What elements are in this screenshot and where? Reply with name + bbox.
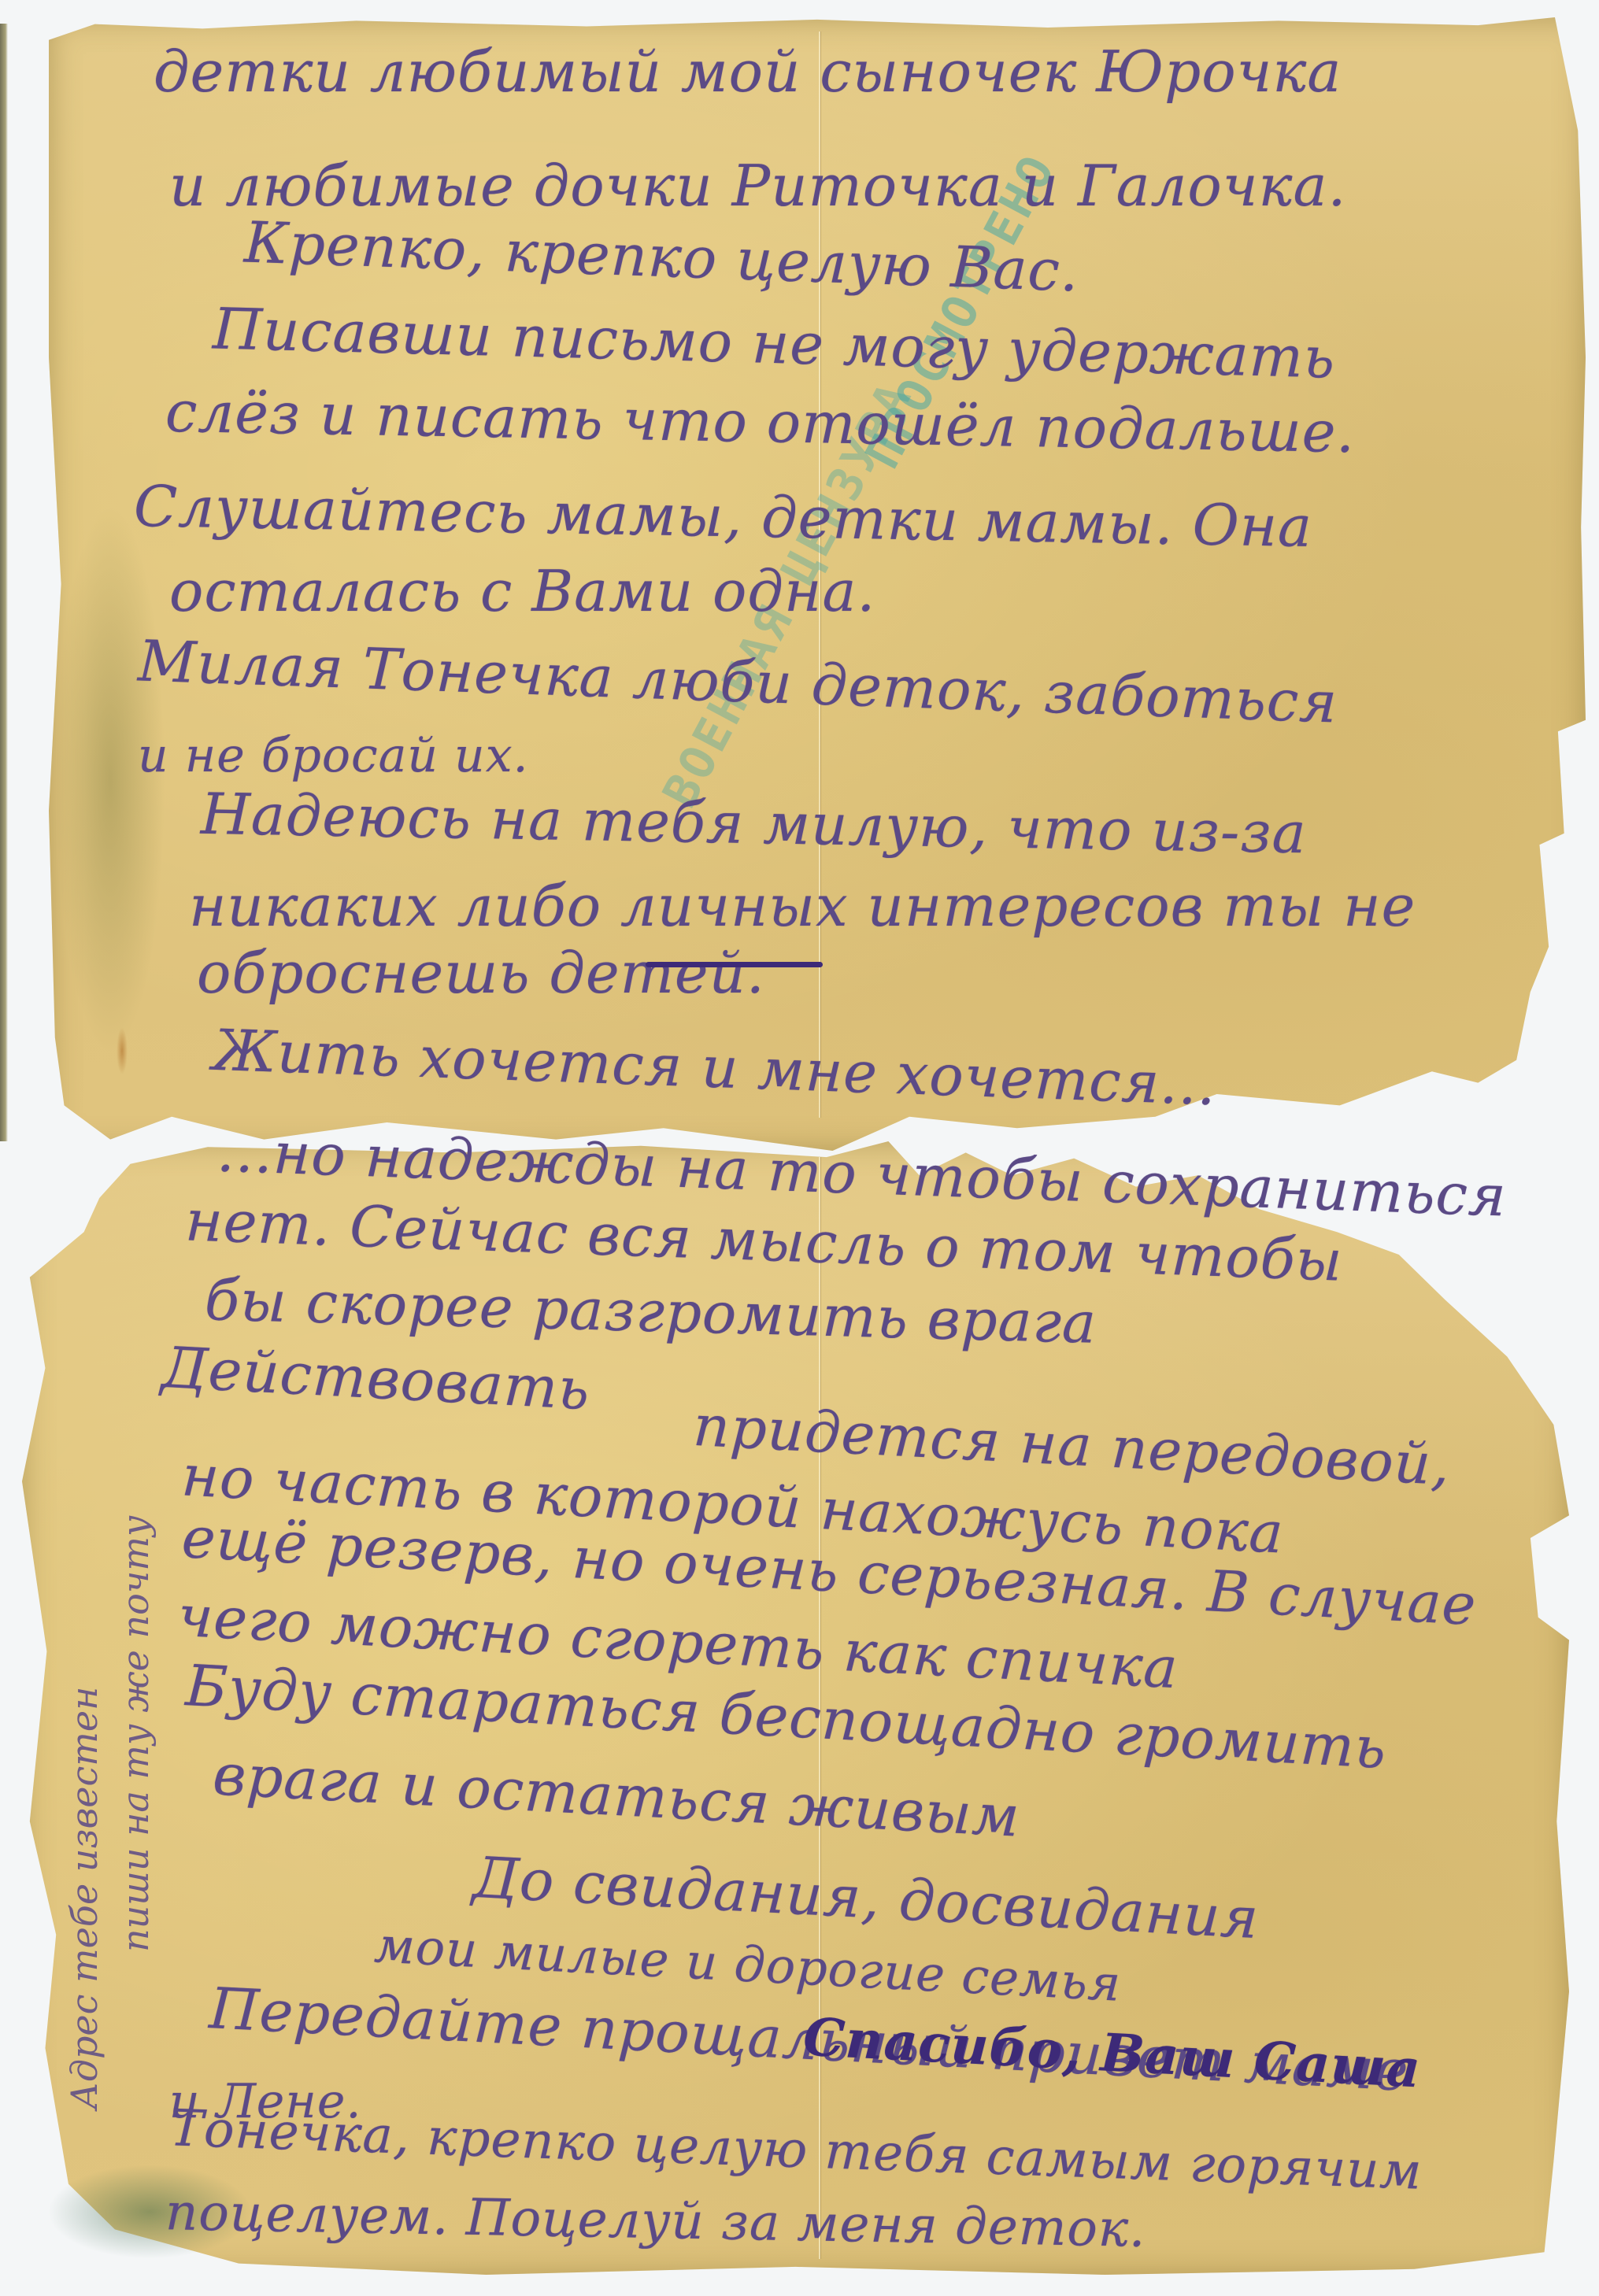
letter-line: оброснешь детей.	[197, 945, 765, 1001]
margin-note: Адрес тебе известен	[63, 1687, 105, 2109]
letter-line: никаких либо личных интересов ты не	[189, 878, 1416, 934]
margin-note: пиши на ту же почту	[114, 1515, 157, 1952]
letter-line: и любимые дочки Риточка и Галочка.	[169, 157, 1346, 214]
adjacent-sheet-edge	[0, 24, 8, 1141]
letter-line: осталась с Вами одна.	[169, 563, 875, 619]
letter-line: и не бросай их.	[138, 732, 529, 779]
letter-line: детки любимый мой сыночек Юрочка	[154, 43, 1342, 100]
underline-mark	[646, 962, 823, 967]
